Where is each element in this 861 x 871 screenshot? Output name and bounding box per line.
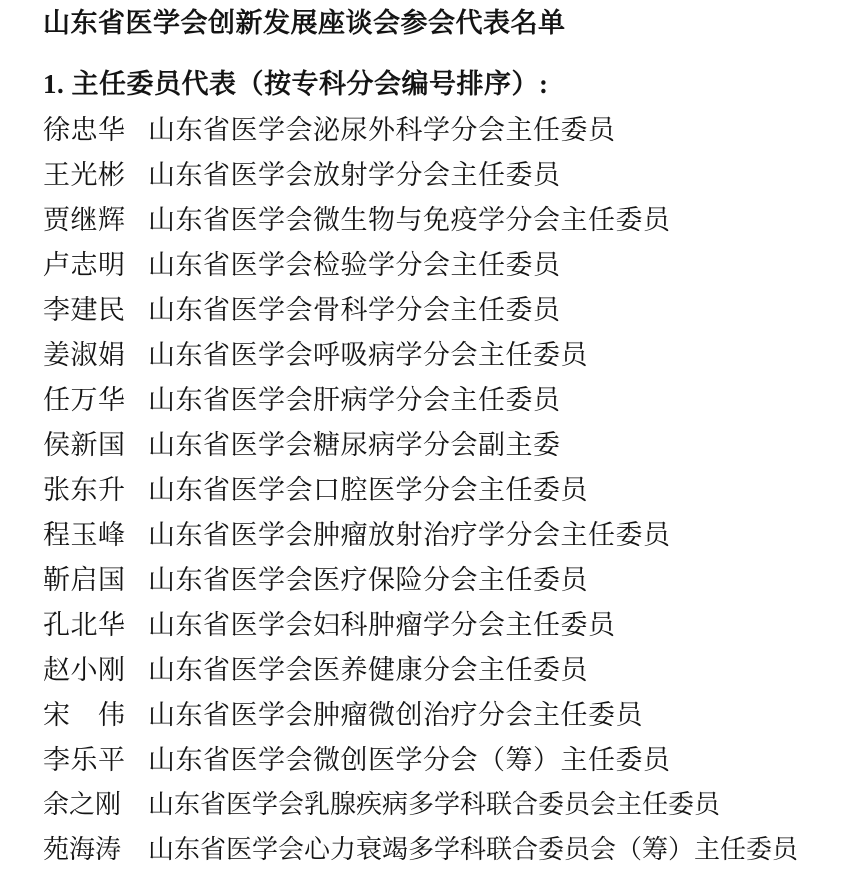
delegate-role: 山东省医学会心力衰竭多学科联合委员会（筹）主任委员 [148, 829, 798, 866]
delegate-role: 山东省医学会肝病学分会主任委员 [148, 378, 561, 417]
delegate-row: 李乐平山东省医学会微创医学分会（筹）主任委员 [43, 735, 841, 780]
delegate-name: 程玉峰 [43, 513, 148, 552]
delegate-role: 山东省医学会放射学分会主任委员 [148, 153, 561, 192]
delegate-row: 赵小刚山东省医学会医养健康分会主任委员 [43, 645, 841, 690]
page-title: 山东省医学会创新发展座谈会参会代表名单 [43, 7, 841, 39]
delegate-role: 山东省医学会医疗保险分会主任委员 [148, 558, 588, 597]
delegate-name: 任万华 [43, 378, 148, 417]
delegate-role: 山东省医学会骨科学分会主任委员 [148, 288, 561, 327]
delegate-role: 山东省医学会肿瘤微创治疗分会主任委员 [148, 693, 643, 732]
delegate-name: 靳启国 [43, 558, 148, 597]
delegate-name: 贾继辉 [43, 198, 148, 237]
delegate-name: 姜淑娟 [43, 333, 148, 372]
delegate-name: 徐忠华 [43, 108, 148, 147]
delegate-name: 余之刚 [43, 784, 148, 821]
delegate-row: 李建民山东省医学会骨科学分会主任委员 [43, 285, 841, 330]
delegate-name: 孔北华 [43, 603, 148, 642]
delegate-role: 山东省医学会泌尿外科学分会主任委员 [148, 108, 616, 147]
delegate-row: 卢志明山东省医学会检验学分会主任委员 [43, 240, 841, 285]
delegate-role: 山东省医学会糖尿病学分会副主委 [148, 423, 561, 462]
delegate-role: 山东省医学会微创医学分会（筹）主任委员 [148, 738, 671, 777]
delegate-row: 宋 伟山东省医学会肿瘤微创治疗分会主任委员 [43, 690, 841, 735]
delegate-name: 李建民 [43, 288, 148, 327]
delegate-row: 贾继辉山东省医学会微生物与免疫学分会主任委员 [43, 195, 841, 240]
delegate-name: 宋 伟 [43, 693, 148, 732]
delegate-role: 山东省医学会微生物与免疫学分会主任委员 [148, 198, 671, 237]
delegate-role: 山东省医学会口腔医学分会主任委员 [148, 468, 588, 507]
delegate-name: 卢志明 [43, 243, 148, 282]
delegate-row: 姜淑娟山东省医学会呼吸病学分会主任委员 [43, 330, 841, 375]
delegate-role: 山东省医学会医养健康分会主任委员 [148, 648, 588, 687]
delegate-role: 山东省医学会呼吸病学分会主任委员 [148, 333, 588, 372]
delegate-row: 苑海涛山东省医学会心力衰竭多学科联合委员会（筹）主任委员 [43, 825, 841, 870]
delegate-row: 任万华山东省医学会肝病学分会主任委员 [43, 375, 841, 420]
delegate-name: 赵小刚 [43, 648, 148, 687]
delegate-name: 张东升 [43, 468, 148, 507]
delegate-name: 侯新国 [43, 423, 148, 462]
delegate-name: 王光彬 [43, 153, 148, 192]
document-page: 山东省医学会创新发展座谈会参会代表名单 1. 主任委员代表（按专科分会编号排序）… [0, 0, 861, 871]
delegate-role: 山东省医学会乳腺疾病多学科联合委员会主任委员 [148, 784, 720, 821]
delegate-row: 王光彬山东省医学会放射学分会主任委员 [43, 150, 841, 195]
delegate-row: 张东升山东省医学会口腔医学分会主任委员 [43, 465, 841, 510]
delegate-role: 山东省医学会检验学分会主任委员 [148, 243, 561, 282]
delegate-role: 山东省医学会妇科肿瘤学分会主任委员 [148, 603, 616, 642]
delegate-row: 靳启国山东省医学会医疗保险分会主任委员 [43, 555, 841, 600]
delegate-row: 孔北华山东省医学会妇科肿瘤学分会主任委员 [43, 600, 841, 645]
section-heading: 1. 主任委员代表（按专科分会编号排序）: [43, 68, 841, 100]
delegate-list: 徐忠华山东省医学会泌尿外科学分会主任委员王光彬山东省医学会放射学分会主任委员贾继… [43, 105, 841, 870]
delegate-name: 李乐平 [43, 738, 148, 777]
delegate-row: 余之刚山东省医学会乳腺疾病多学科联合委员会主任委员 [43, 780, 841, 825]
delegate-row: 徐忠华山东省医学会泌尿外科学分会主任委员 [43, 105, 841, 150]
delegate-name: 苑海涛 [43, 829, 148, 866]
delegate-row: 程玉峰山东省医学会肿瘤放射治疗学分会主任委员 [43, 510, 841, 555]
delegate-row: 侯新国山东省医学会糖尿病学分会副主委 [43, 420, 841, 465]
delegate-role: 山东省医学会肿瘤放射治疗学分会主任委员 [148, 513, 671, 552]
